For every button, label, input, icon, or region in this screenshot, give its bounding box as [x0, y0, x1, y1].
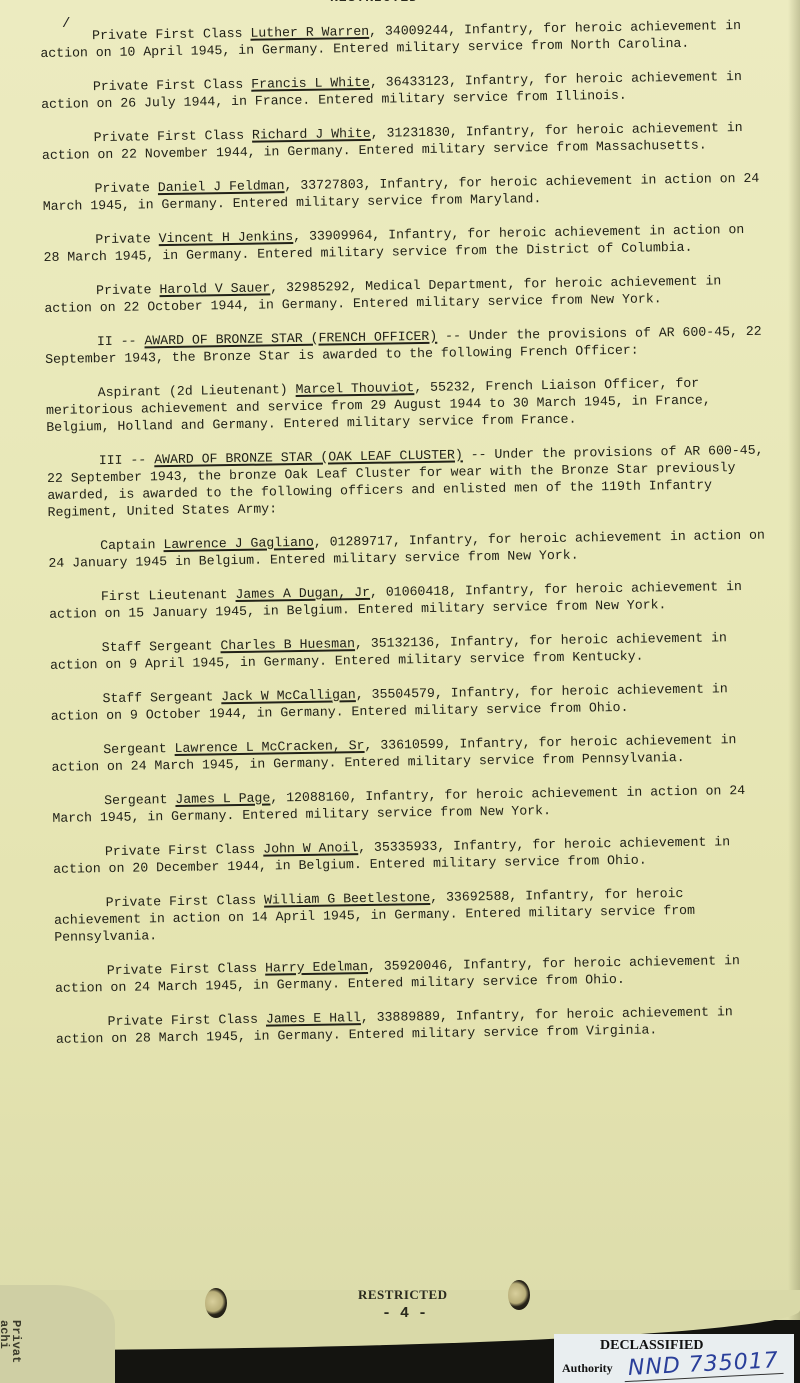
citation-name: Luther R Warren — [250, 24, 369, 41]
citation-name: Marcel Thouviot — [295, 380, 414, 397]
footer-classification: RESTRICTED — [358, 1287, 448, 1303]
citation-rank: Private First Class — [92, 26, 243, 43]
citation-text: , 01289717, Infantry, for heroic achieve… — [48, 528, 765, 571]
citation-rank: Private — [94, 180, 150, 196]
page-edge-shadow — [788, 0, 800, 1340]
citation-rank: Staff Sergeant — [102, 689, 213, 706]
citation-entry: Private Harold V Sauer, 32985292, Medica… — [44, 272, 764, 317]
underlying-page-text: Privat achi — [0, 1320, 22, 1363]
citation-entry: Private First Class William G Beetleston… — [54, 884, 775, 946]
citation-entry: Aspirant (2d Lieutenant) Marcel Thouviot… — [46, 374, 767, 436]
citation-name: Vincent H Jenkins — [159, 229, 294, 246]
citation-entry: Private First Class Richard J White, 312… — [42, 119, 762, 164]
citations-group-1: Private First Class Luther R Warren, 340… — [40, 17, 764, 317]
citation-entry: Staff Sergeant Charles B Huesman, 351321… — [50, 629, 770, 674]
section-ii-title: AWARD OF BRONZE STAR (FRENCH OFFICER) — [144, 329, 437, 349]
citation-rank: Sergeant — [103, 741, 167, 757]
citation-entry: Private Daniel J Feldman, 33727803, Infa… — [42, 170, 762, 215]
section-iii-numeral: III -- — [99, 452, 147, 468]
section-ii: II -- AWARD OF BRONZE STAR (FRENCH OFFIC… — [45, 323, 765, 368]
citation-rank: Private First Class — [106, 893, 257, 910]
citation-name: Daniel J Feldman — [158, 178, 285, 195]
citation-entry: Private First Class James E Hall, 338898… — [55, 1003, 775, 1048]
stamp-title: DECLASSIFIED — [600, 1338, 703, 1354]
citation-name: Lawrence L McCracken, Sr — [174, 738, 364, 756]
citation-entry: Sergeant James L Page, 12088160, Infantr… — [52, 782, 772, 827]
citation-name: Lawrence J Gagliano — [163, 535, 314, 552]
section-iii: III -- AWARD OF BRONZE STAR (OAK LEAF CL… — [47, 442, 768, 521]
citation-rank: First Lieutenant — [101, 587, 228, 604]
citation-rank: Private First Class — [107, 961, 258, 978]
citation-rank: Private First Class — [93, 77, 244, 94]
citation-entry: First Lieutenant James A Dugan, Jr, 0106… — [49, 578, 769, 623]
citation-name: Francis L White — [251, 75, 370, 92]
citation-name: James A Dugan, Jr — [235, 585, 370, 602]
citation-name: Harry Edelman — [265, 959, 368, 976]
citation-name: Jack W McCalligan — [221, 687, 356, 704]
citation-rank: Private First Class — [105, 842, 256, 859]
citation-rank: Private First Class — [107, 1012, 258, 1029]
document-body: Private First Class Luther R Warren, 340… — [40, 17, 776, 1065]
citation-rank: Sergeant — [104, 792, 168, 808]
citation-name: John W Anoil — [263, 840, 358, 856]
citation-text: , 33727803, Infantry, for heroic achieve… — [43, 171, 760, 214]
citation-rank: Private First Class — [94, 128, 245, 145]
page-number: - 4 - — [382, 1305, 427, 1322]
citation-name: Richard J White — [252, 126, 371, 143]
citation-name: Charles B Huesman — [220, 636, 355, 653]
citations-group-2: Aspirant (2d Lieutenant) Marcel Thouviot… — [46, 374, 767, 436]
citation-rank: Private — [96, 282, 152, 298]
citation-rank: Private — [95, 231, 151, 247]
header-classification: RESTRICTED — [330, 0, 418, 5]
citation-entry: Private First Class John W Anoil, 353359… — [53, 833, 773, 878]
section-ii-numeral: II -- — [97, 334, 137, 350]
citation-entry: Private First Class Francis L White, 364… — [41, 68, 761, 113]
citation-entry: Staff Sergeant Jack W McCalligan, 355045… — [50, 680, 770, 725]
punch-hole-right — [508, 1280, 530, 1310]
citation-name: William G Beetlestone — [264, 890, 430, 908]
declassified-stamp: DECLASSIFIED Authority NND 735017 — [554, 1334, 794, 1383]
citation-entry: Private Vincent H Jenkins, 33909964, Inf… — [43, 221, 763, 266]
citation-name: James E Hall — [266, 1010, 361, 1026]
citation-entry: Captain Lawrence J Gagliano, 01289717, I… — [48, 527, 768, 572]
citation-rank: Aspirant (2d Lieutenant) — [98, 382, 288, 400]
citation-name: James L Page — [175, 790, 270, 806]
citation-entry: Sergeant Lawrence L McCracken, Sr, 33610… — [51, 731, 771, 776]
stamp-authority-label: Authority — [562, 1361, 613, 1376]
citation-rank: Staff Sergeant — [102, 638, 213, 655]
citation-name: Harold V Sauer — [159, 280, 270, 297]
citation-rank: Captain — [100, 537, 156, 553]
citation-entry: Private First Class Harry Edelman, 35920… — [55, 952, 775, 997]
punch-hole-left — [205, 1288, 227, 1318]
citations-group-3: Captain Lawrence J Gagliano, 01289717, I… — [48, 527, 776, 1048]
